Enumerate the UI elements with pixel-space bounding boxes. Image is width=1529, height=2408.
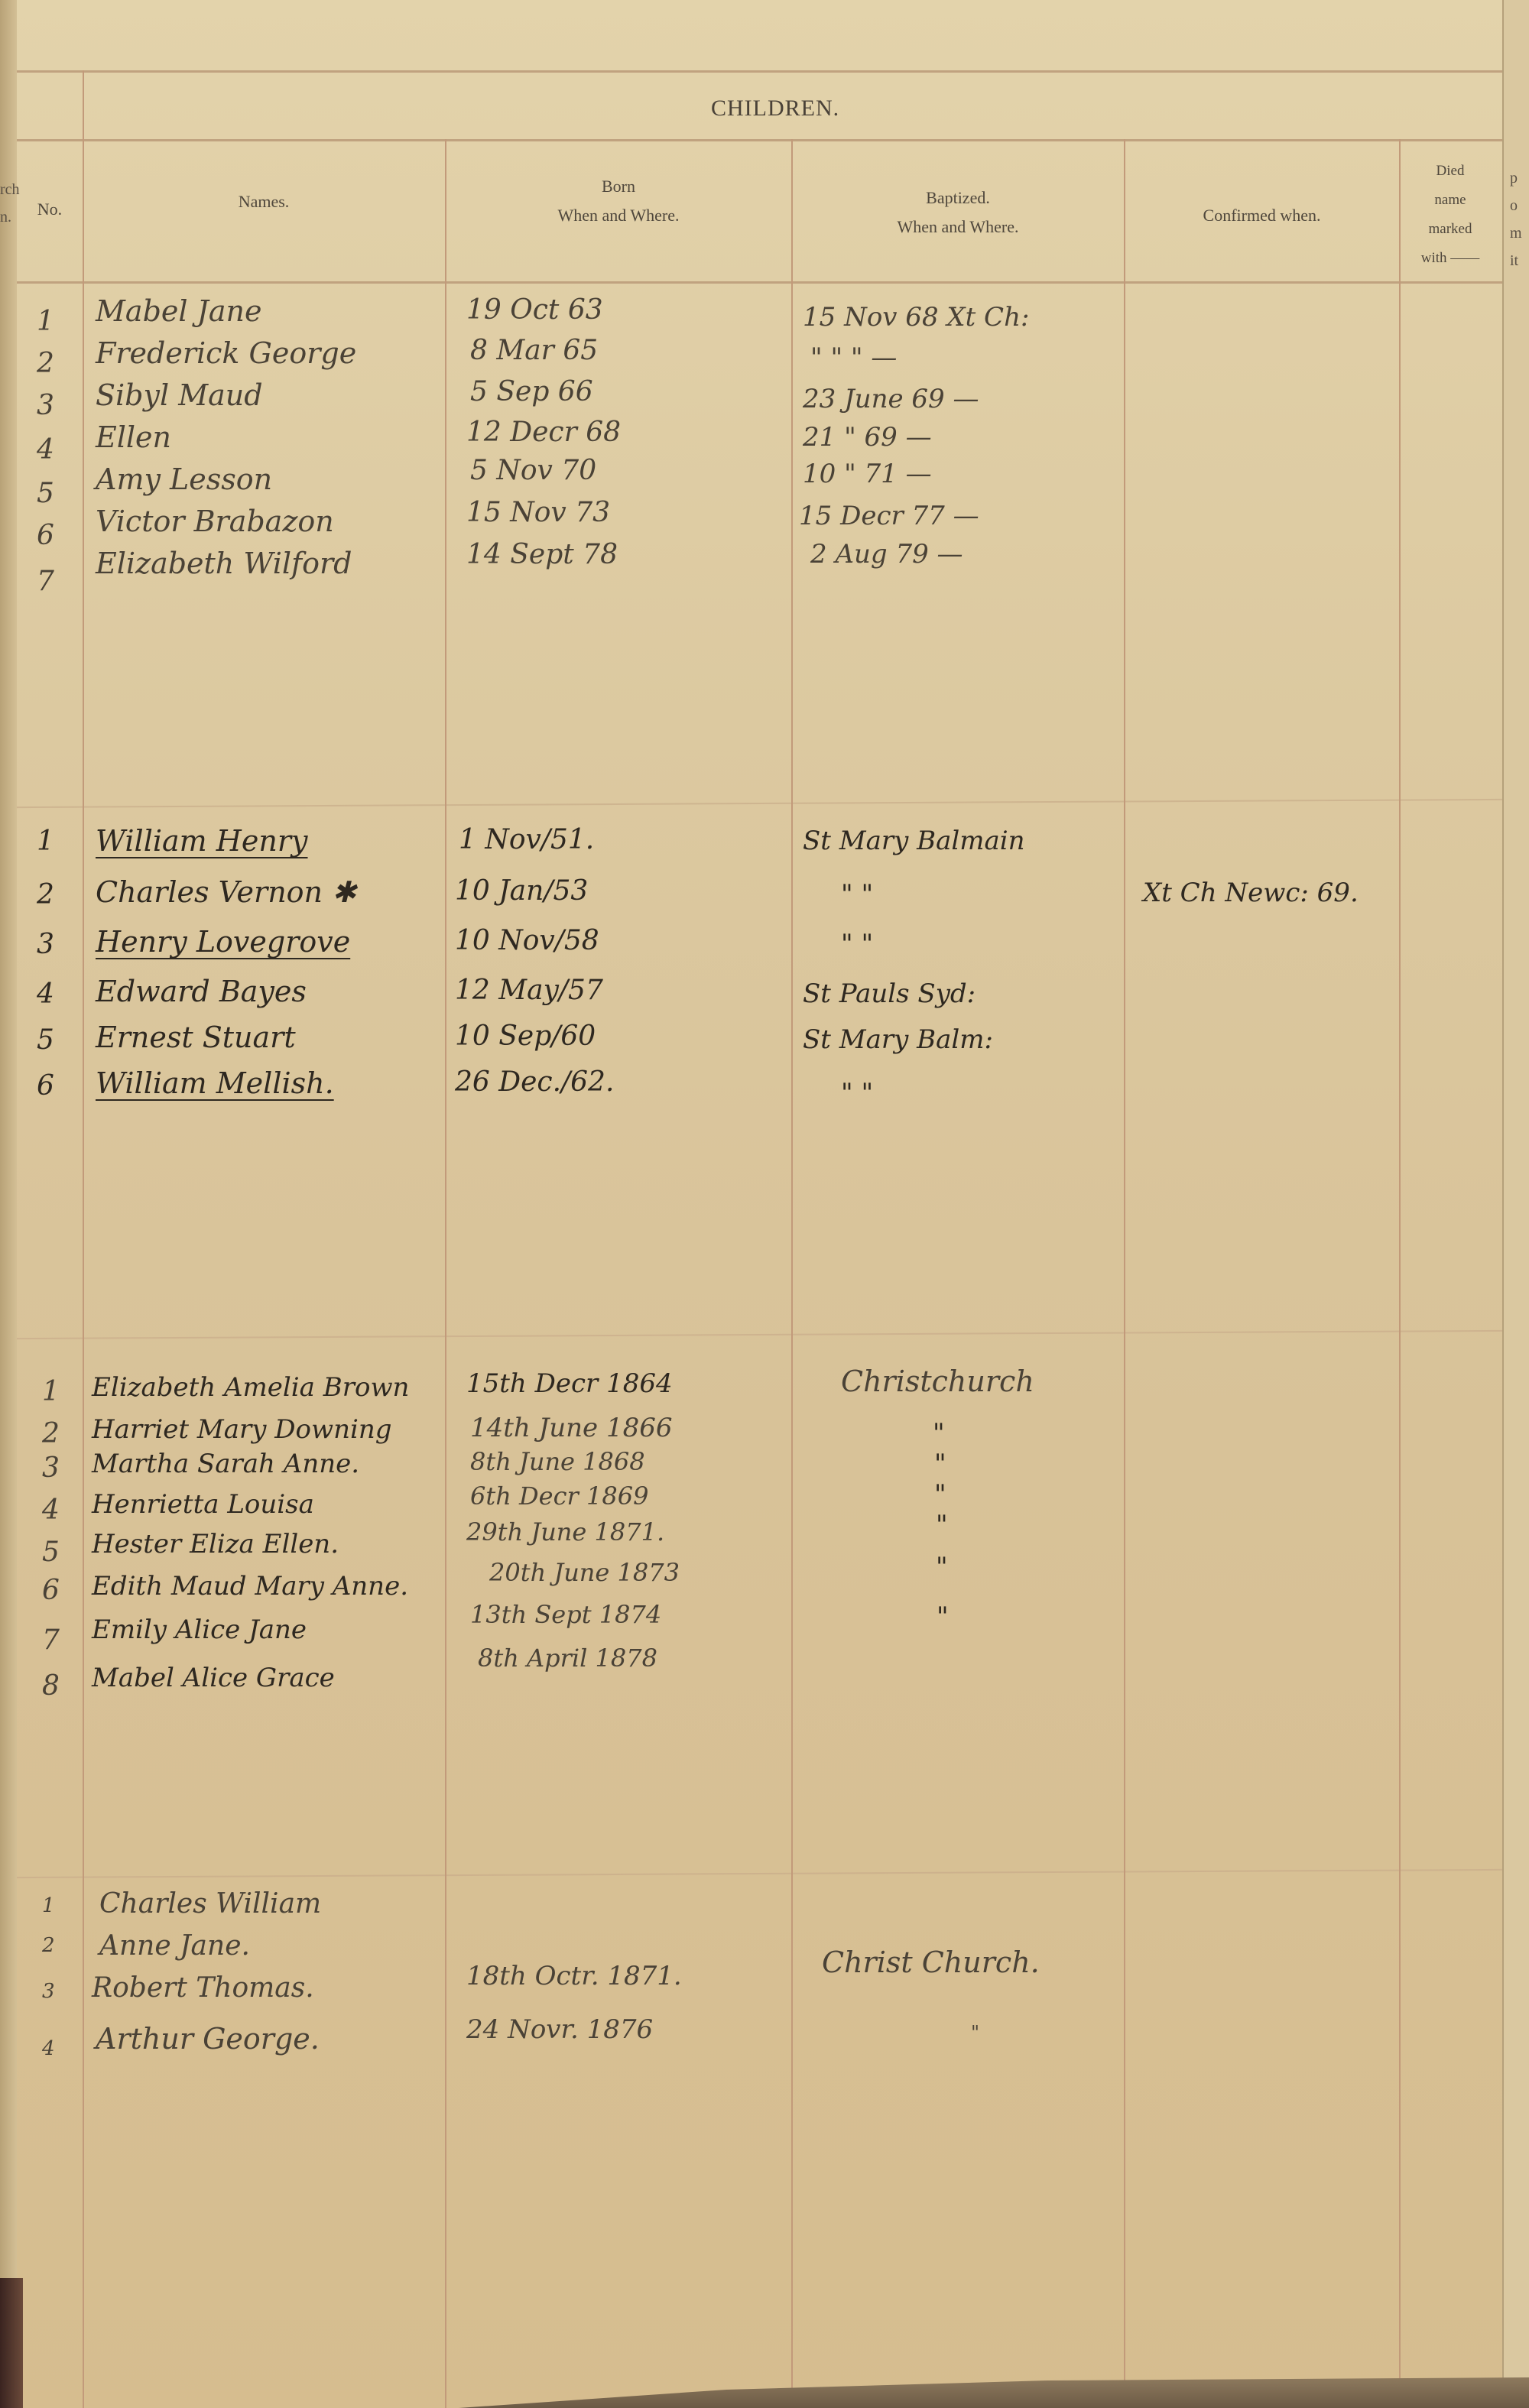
child-name: William Henry [96,824,308,858]
child-name: Anne Jane. [99,1930,250,1962]
child-name: Mabel Jane [96,294,261,328]
child-no: 4 [37,434,54,466]
child-no: 3 [37,390,54,421]
child-baptized: " " " — [810,342,897,373]
child-name: Elizabeth Wilford [96,547,352,580]
child-born: 1 Nov/51. [459,824,594,855]
child-name: Emily Alice Jane [92,1615,307,1645]
child-no: 6 [37,1070,54,1102]
child-name: Henry Lovegrove [96,925,350,959]
child-no: 2 [37,879,54,910]
child-name: Ernest Stuart [96,1021,296,1054]
child-name: Ellen [96,420,171,454]
child-born: 10 Jan/53 [455,875,588,907]
child-born: 14th June 1866 [470,1413,673,1443]
child-no: 1 [37,826,54,857]
child-baptized: 15 Decr 77 — [799,501,979,531]
child-baptized: " " [841,879,873,910]
column-header-baptized: Baptized. When and Where. [793,183,1123,242]
child-baptized: 23 June 69 — [803,384,979,414]
child-baptized: St Mary Balm: [803,1024,993,1055]
header-rule [17,139,1502,141]
child-name: Henrietta Louisa [92,1489,314,1520]
child-baptized: Christ Church. [822,1946,1040,1979]
top-rule [17,70,1502,73]
child-baptized: St Pauls Syd: [803,978,976,1009]
child-name: Mabel Alice Grace [92,1663,335,1693]
right-page-fragment: p o m it [1510,164,1522,274]
child-no: 3 [42,1452,60,1484]
child-no: 1 [37,306,54,337]
child-name: Victor Brabazon [96,505,334,538]
child-no: 4 [42,2037,55,2060]
family-divider-3 [17,1869,1502,1878]
child-baptized: " [934,1449,946,1479]
child-no: 3 [37,929,54,960]
child-born: 5 Sep 66 [470,376,593,407]
child-born: 15 Nov 73 [466,497,610,528]
child-baptized: " " [841,1078,873,1108]
child-no: 4 [37,978,54,1010]
child-name: Edward Bayes [96,975,307,1008]
child-no: 5 [42,1537,60,1568]
child-born: 8 Mar 65 [470,335,598,366]
col-rule-no [83,70,84,2408]
child-name: Amy Lesson [96,462,272,496]
child-born: 19 Oct 63 [466,294,603,326]
child-born: 20th June 1873 [489,1558,680,1587]
child-born: 24 Novr. 1876 [466,2014,653,2045]
child-name: Harriet Mary Downing [92,1414,392,1445]
book-binding-shadow [0,0,17,2408]
column-header-confirmed: Confirmed when. [1125,201,1398,230]
column-header-no: No. [23,195,76,224]
child-born: 6th Decr 1869 [470,1481,648,1511]
child-born: 18th Octr. 1871. [466,1961,682,1991]
col-rule-confirmed [1399,139,1401,2408]
child-name: Frederick George [96,336,356,370]
family-divider-2 [17,1330,1502,1339]
family-divider-1 [17,799,1502,808]
child-no: 1 [42,1894,55,1917]
child-name: William Mellish. [96,1066,334,1100]
child-no: 7 [42,1624,60,1656]
child-baptized: Christchurch [841,1365,1034,1398]
book-bottom-edge [459,2377,1529,2408]
register-page: CHILDREN. No. Names. Born When and Where… [0,0,1529,2408]
child-baptized: 15 Nov 68 Xt Ch: [803,302,1029,333]
child-born: 5 Nov 70 [470,455,596,486]
child-born: 10 Nov/58 [455,925,599,956]
page-title: CHILDREN. [711,96,839,122]
col-rule-names [445,139,446,2408]
child-baptized: " [936,1552,948,1582]
book-spine-corner [0,2278,23,2408]
child-name: Hester Eliza Ellen. [92,1529,339,1559]
child-name: Arthur George. [96,2022,320,2056]
header-bottom-rule [17,281,1502,284]
child-no: 3 [42,1980,55,2003]
child-name: Elizabeth Amelia Brown [92,1372,409,1403]
child-born: 12 Decr 68 [466,417,621,448]
column-header-died: Died name marked with —— [1401,157,1500,273]
child-born: 14 Sept 78 [466,539,618,570]
child-name: Edith Maud Mary Anne. [92,1571,408,1602]
col-rule-born [791,139,793,2408]
child-confirmed: Xt Ch Newc: 69. [1143,878,1359,908]
child-no: 6 [37,520,54,551]
child-baptized: 2 Aug 79 — [810,539,963,570]
child-no: 2 [37,348,54,379]
child-baptized: " [936,1510,948,1540]
child-baptized: 21 " 69 — [803,422,932,453]
child-no: 2 [42,1418,60,1449]
child-no: 7 [37,566,54,597]
child-born: 8th April 1878 [478,1644,657,1673]
child-no: 2 [42,1934,55,1957]
child-baptized: " " [841,929,873,959]
child-baptized: " [934,1479,946,1510]
child-born: 13th Sept 1874 [470,1600,661,1629]
child-name: Robert Thomas. [92,1972,314,2004]
child-born: 8th June 1868 [470,1447,645,1476]
child-no: 5 [37,1024,54,1056]
col-rule-baptized [1124,139,1125,2408]
child-born: 15th Decr 1864 [466,1368,673,1399]
child-name: Martha Sarah Anne. [92,1449,359,1479]
column-header-names: Names. [84,187,443,216]
child-baptized: " [971,2022,979,2043]
child-born: 10 Sep/60 [455,1021,596,1052]
child-baptized: St Mary Balmain [803,826,1025,856]
child-name: Charles Vernon ✱ [96,875,356,909]
left-page-fragment: rch n. [0,176,20,231]
child-no: 6 [42,1575,60,1606]
child-name: Sibyl Maud [96,378,263,412]
child-baptized: " [937,1602,949,1632]
child-born: 26 Dec./62. [455,1066,614,1098]
child-baptized: 10 " 71 — [803,459,932,489]
adjacent-page-edge [1502,0,1529,2408]
child-no: 1 [42,1376,60,1407]
child-baptized: " [933,1418,945,1449]
child-no: 8 [42,1670,60,1702]
child-born: 29th June 1871. [466,1517,664,1546]
column-header-born: Born When and Where. [446,172,790,230]
child-no: 5 [37,478,54,509]
child-born: 12 May/57 [455,975,603,1006]
child-name: Charles William [99,1888,321,1920]
child-no: 4 [42,1494,60,1526]
